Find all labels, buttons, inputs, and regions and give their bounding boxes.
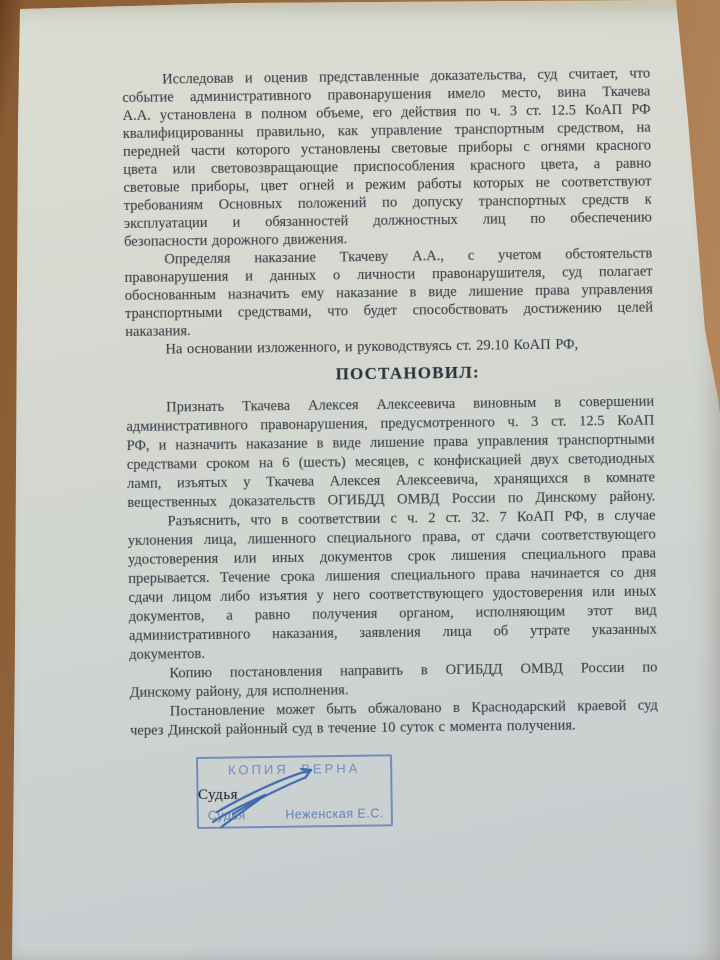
- resolution-heading: ПОСТАНОВИЛ:: [144, 360, 672, 386]
- paragraph: Определяя наказание Ткачеву А.А., с учет…: [124, 245, 653, 341]
- paper-sheet: Исследовав и оценив представленные доказ…: [0, 0, 720, 960]
- paragraph: Копию постановления направить в ОГИБДД О…: [129, 659, 657, 703]
- paragraph: Исследовав и оценив представленные доказ…: [122, 65, 652, 251]
- resolution-section: Признать Ткачева Алексея Алексеевича вин…: [126, 393, 658, 741]
- document-body: Исследовав и оценив представленные доказ…: [122, 61, 658, 741]
- photographed-court-ruling: Исследовав и оценив представленные доказ…: [0, 0, 720, 960]
- paragraph: Признать Ткачева Алексея Алексеевича вин…: [126, 393, 655, 513]
- facts-section: Исследовав и оценив представленные доказ…: [122, 65, 653, 359]
- judge-signature-icon: [205, 762, 325, 828]
- paragraph: Разъяснить, что в соответствии с ч. 2 ст…: [127, 507, 657, 665]
- paragraph: Постановление может быть обжаловано в Кр…: [130, 697, 658, 741]
